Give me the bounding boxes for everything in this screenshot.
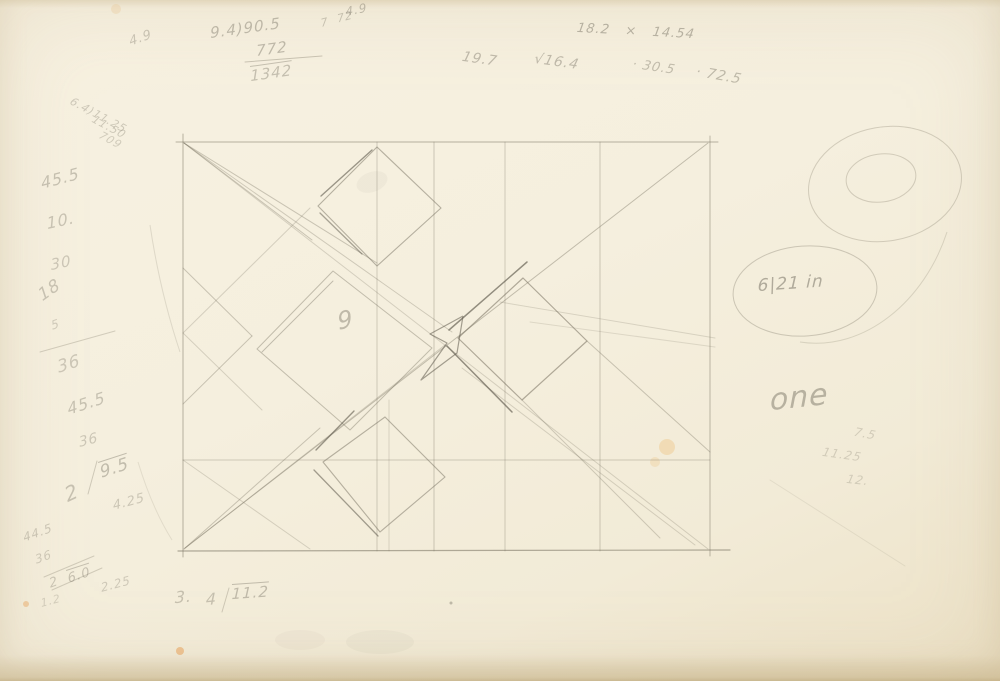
handwritten-note: 11.50: [90, 114, 128, 140]
handwritten-note: 10.: [46, 210, 76, 232]
handwritten-note: one: [770, 380, 829, 416]
handwritten-note: 12.: [845, 473, 869, 487]
handwritten-note: · 30.5: [631, 58, 677, 77]
handwritten-note: 772: [256, 40, 288, 59]
handwritten-note: 1342: [250, 60, 292, 84]
handwritten-annotations: 4.94.99.4)90.57 7277213426.4)11.2511.507…: [0, 0, 1000, 681]
handwritten-note: 5: [50, 317, 61, 332]
handwritten-note: 9.4)90.5: [210, 16, 281, 41]
handwritten-note: 19.7: [461, 50, 499, 69]
handwritten-note: 18.2 × 14.54: [576, 22, 696, 41]
handwritten-note: 9: [336, 306, 355, 334]
handwritten-note: 2: [62, 480, 81, 505]
handwritten-note: 7.5: [853, 426, 878, 441]
handwritten-note: 9.5: [98, 453, 131, 482]
handwritten-note: 4: [206, 591, 217, 608]
handwritten-note: 11.25: [821, 446, 863, 463]
handwritten-note: 30: [50, 254, 72, 273]
handwritten-note: 6|21 in: [757, 273, 824, 295]
handwritten-note: 36: [34, 548, 53, 566]
handwritten-note: 709: [97, 130, 124, 150]
handwritten-note: 36: [78, 431, 99, 450]
handwritten-note: 3.: [175, 588, 192, 606]
handwritten-note: 4.9: [345, 1, 368, 18]
handwritten-note: √16.4: [533, 52, 581, 72]
photographed-sketch-page: { "page": { "description": "Pencil study…: [0, 0, 1000, 681]
handwritten-note: 4.25: [112, 491, 146, 512]
handwritten-note: 1.2: [40, 593, 62, 609]
handwritten-note: · 72.5: [694, 65, 743, 87]
handwritten-note: 11.2: [231, 581, 269, 602]
handwritten-note: 18: [36, 276, 64, 305]
handwritten-note: 44.5: [22, 521, 54, 543]
handwritten-note: 2.25: [100, 574, 132, 594]
handwritten-note: 45.5: [40, 166, 81, 192]
handwritten-note: 7 72: [320, 9, 354, 28]
handwritten-note: 36: [56, 353, 82, 377]
handwritten-note: 2: [48, 575, 60, 591]
handwritten-note: 4.9: [128, 28, 153, 49]
handwritten-note: 6.0: [66, 563, 92, 586]
handwritten-note: 45.5: [66, 390, 107, 418]
handwritten-note: 6.4)11.25: [68, 96, 129, 134]
